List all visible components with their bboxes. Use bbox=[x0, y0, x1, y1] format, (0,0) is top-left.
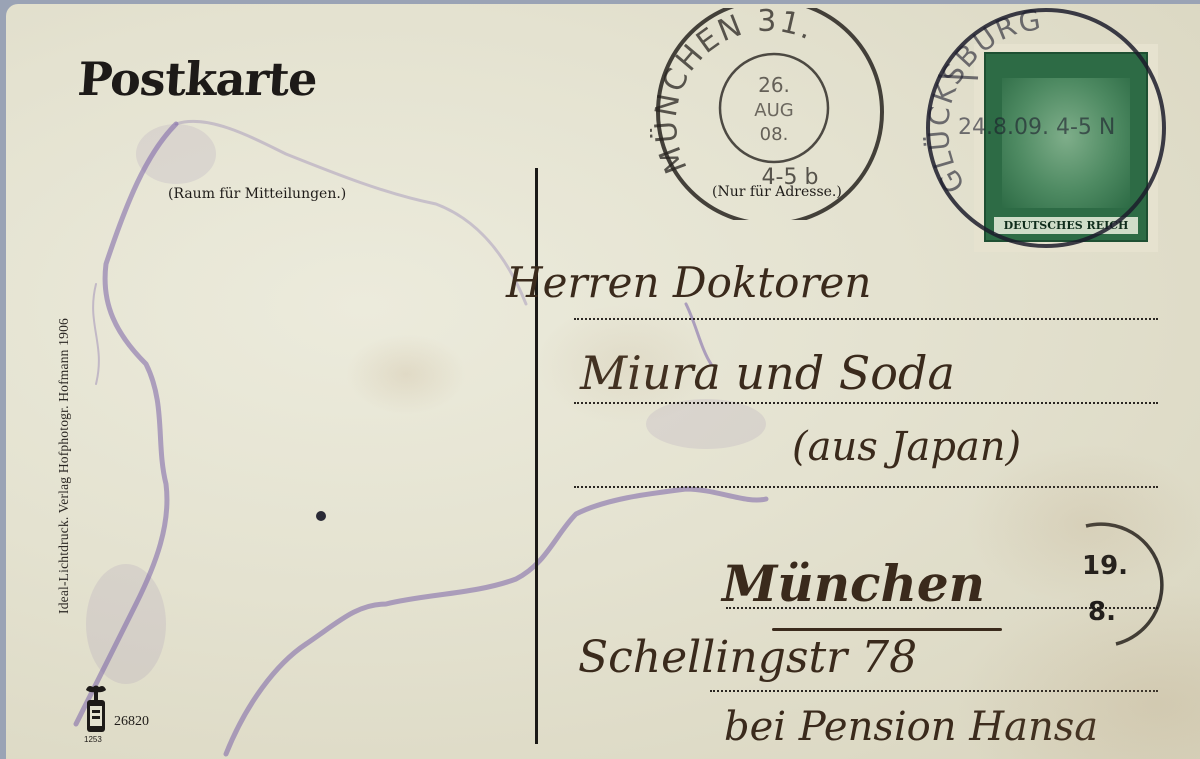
svg-text:4-5 b: 4-5 b bbox=[762, 165, 819, 190]
address-handwriting-2: Miura und Soda bbox=[580, 346, 955, 400]
svg-text:19.: 19. bbox=[1082, 551, 1128, 581]
address-handwriting-4: München bbox=[722, 554, 985, 613]
plate-number: 26820 bbox=[114, 714, 149, 730]
message-area-label: (Raum für Mitteilungen.) bbox=[168, 186, 346, 202]
svg-text:MÜNCHEN 31.: MÜNCHEN 31. bbox=[650, 8, 820, 178]
postcard-title: Postkarte bbox=[76, 52, 318, 106]
underline-stroke bbox=[772, 628, 1002, 631]
address-line-2 bbox=[574, 402, 1158, 404]
address-handwriting-3: (aus Japan) bbox=[792, 424, 1021, 470]
svg-text:GLÜCKSBURG: GLÜCKSBURG bbox=[921, 6, 1045, 199]
address-line-5 bbox=[710, 690, 1158, 692]
address-line-3 bbox=[574, 486, 1158, 488]
origin-postmark: GLÜCKSBURG 24.8.09. 4-5 N bbox=[918, 6, 1178, 256]
address-handwriting-5: Schellingstr 78 bbox=[578, 632, 917, 683]
address-handwriting-1: Herren Doktoren bbox=[506, 258, 871, 307]
arrival-postmark: 19. 8. bbox=[1046, 520, 1166, 650]
publisher-imprint: Ideal-Lichtdruck. Verlag Hofphotogr. Hof… bbox=[56, 318, 72, 614]
muenchen-postmark: MÜNCHEN 31. 26. AUG 08. 4-5 b bbox=[650, 8, 890, 220]
svg-text:08.: 08. bbox=[760, 124, 789, 145]
center-divider bbox=[535, 168, 538, 744]
svg-text:26.: 26. bbox=[758, 73, 790, 97]
logo-number: 1253 bbox=[84, 735, 102, 744]
svg-text:8.: 8. bbox=[1088, 597, 1116, 627]
postcard-back: Postkarte (Raum für Mitteilungen.) (Nur … bbox=[6, 4, 1200, 759]
svg-text:AUG: AUG bbox=[754, 100, 793, 121]
address-handwriting-6: bei Pension Hansa bbox=[724, 704, 1098, 750]
svg-text:24.8.09. 4-5 N: 24.8.09. 4-5 N bbox=[958, 115, 1115, 140]
address-line-1 bbox=[574, 318, 1158, 320]
